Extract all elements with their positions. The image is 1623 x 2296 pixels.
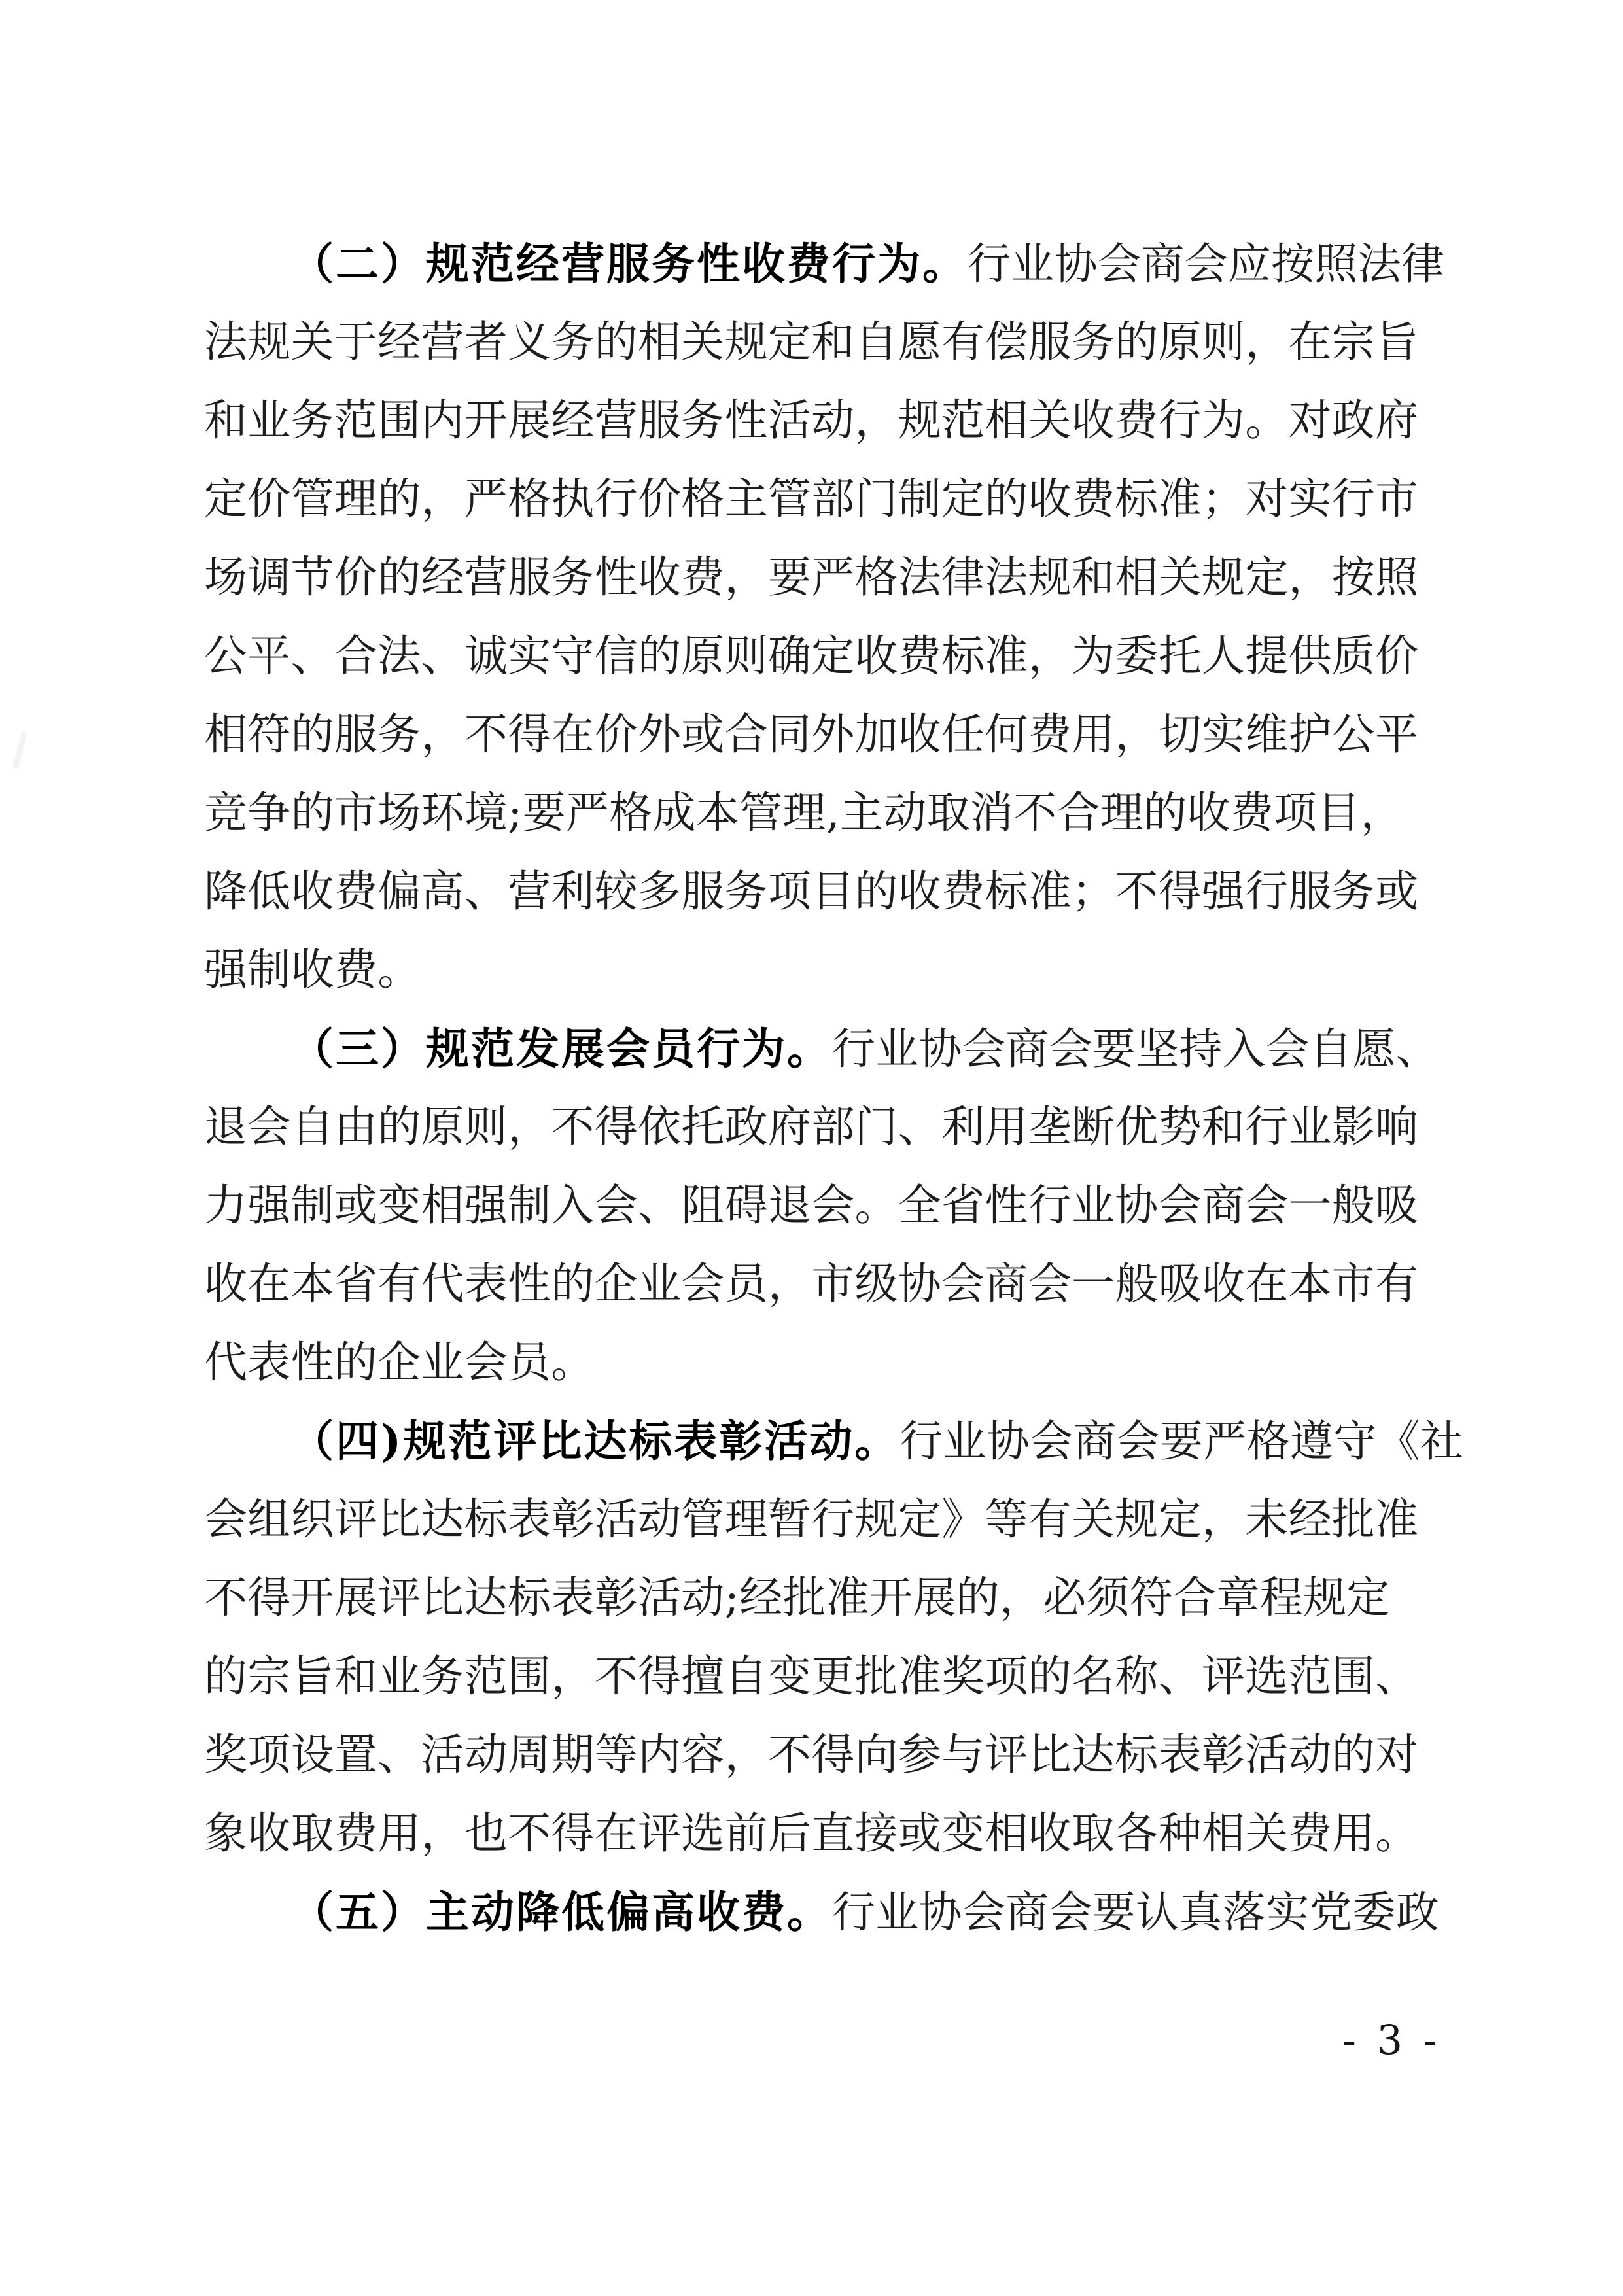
line-text: 力强制或变相强制入会、阻碍退会。全省性行业协会商会一般吸 xyxy=(204,1180,1418,1230)
text-line: 会组织评比达标表彰活动管理暂行规定》等有关规定，未经批准 xyxy=(204,1480,1433,1559)
text-line: 奖项设置、活动周期等内容，不得向参与评比达标表彰活动的对 xyxy=(204,1716,1433,1794)
paragraph-heading: （四)规范评比达标表彰活动。 xyxy=(290,1416,899,1467)
paragraph-heading: （五）主动降低偏高收费。 xyxy=(290,1887,832,1938)
page-number: - 3 - xyxy=(1342,2019,1441,2062)
paragraph-heading: （二）规范经营服务性收费行为。 xyxy=(290,238,968,289)
line-text: 法规关于经营者义务的相关规定和自愿有偿服务的原则，在宗旨 xyxy=(204,317,1418,367)
line-text: 行业协会商会应按照法律 xyxy=(968,239,1444,289)
line-text: 定价管理的，严格执行价格主管部门制定的收费标准；对实行市 xyxy=(204,474,1418,524)
line-text: 退会自由的原则，不得依托政府部门、利用垄断优势和行业影响 xyxy=(204,1102,1418,1152)
line-text: 不得开展评比达标表彰活动;经批准开展的，必须符合章程规定 xyxy=(204,1573,1390,1623)
text-line: 不得开展评比达标表彰活动;经批准开展的，必须符合章程规定 xyxy=(204,1559,1433,1637)
line-text: 降低收费偏高、营利较多服务项目的收费标准；不得强行服务或 xyxy=(204,866,1418,916)
line-text: 行业协会商会要认真落实党委政 xyxy=(832,1887,1439,1938)
line-text: 代表性的企业会员。 xyxy=(204,1337,595,1387)
text-line: 的宗旨和业务范围，不得擅自变更批准奖项的名称、评选范围、 xyxy=(204,1637,1433,1716)
text-line: （五）主动降低偏高收费。行业协会商会要认真落实党委政 xyxy=(204,1873,1433,1951)
text-line: 强制收费。 xyxy=(204,931,1433,1009)
line-text: 象收取费用，也不得在评选前后直接或变相收取各种相关费用。 xyxy=(204,1808,1418,1858)
text-line: 和业务范围内开展经营服务性活动，规范相关收费行为。对政府 xyxy=(204,381,1433,460)
text-line: 相符的服务，不得在价外或合同外加收任何费用，切实维护公平 xyxy=(204,695,1433,774)
line-text: 行业协会商会要严格遵守《社 xyxy=(899,1416,1463,1467)
text-line: 力强制或变相强制入会、阻碍退会。全省性行业协会商会一般吸 xyxy=(204,1166,1433,1245)
text-line: 代表性的企业会员。 xyxy=(204,1323,1433,1402)
document-text-block: （二）规范经营服务性收费行为。行业协会商会应按照法律 法规关于经营者义务的相关规… xyxy=(204,224,1433,1951)
line-text: 收在本省有代表性的企业会员，市级协会商会一般吸收在本市有 xyxy=(204,1259,1418,1309)
line-text: 竞争的市场环境;要严格成本管理,主动取消不合理的收费项目， xyxy=(204,788,1404,838)
text-line: 象收取费用，也不得在评选前后直接或变相收取各种相关费用。 xyxy=(204,1794,1433,1873)
paragraph-heading: （三）规范发展会员行为。 xyxy=(290,1023,832,1074)
text-line: （三）规范发展会员行为。行业协会商会要坚持入会自愿、 xyxy=(204,1009,1433,1088)
text-line: 法规关于经营者义务的相关规定和自愿有偿服务的原则，在宗旨 xyxy=(204,303,1433,381)
text-line: （四)规范评比达标表彰活动。行业协会商会要严格遵守《社 xyxy=(204,1402,1433,1480)
line-text: 相符的服务，不得在价外或合同外加收任何费用，切实维护公平 xyxy=(204,709,1418,759)
line-text: 行业协会商会要坚持入会自愿、 xyxy=(832,1024,1439,1074)
text-line: 定价管理的，严格执行价格主管部门制定的收费标准；对实行市 xyxy=(204,460,1433,538)
line-text: 会组织评比达标表彰活动管理暂行规定》等有关规定，未经批准 xyxy=(204,1494,1418,1544)
line-text: 场调节价的经营服务性收费，要严格法律法规和相关规定，按照 xyxy=(204,552,1418,602)
text-line: 公平、合法、诚实守信的原则确定收费标准，为委托人提供质价 xyxy=(204,617,1433,695)
text-line: 退会自由的原则，不得依托政府部门、利用垄断优势和行业影响 xyxy=(204,1088,1433,1166)
line-text: 的宗旨和业务范围，不得擅自变更批准奖项的名称、评选范围、 xyxy=(204,1651,1418,1701)
document-page: （二）规范经营服务性收费行为。行业协会商会应按照法律 法规关于经营者义务的相关规… xyxy=(0,0,1623,2296)
line-text: 奖项设置、活动周期等内容，不得向参与评比达标表彰活动的对 xyxy=(204,1730,1418,1780)
text-line: 降低收费偏高、营利较多服务项目的收费标准；不得强行服务或 xyxy=(204,852,1433,931)
text-line: （二）规范经营服务性收费行为。行业协会商会应按照法律 xyxy=(204,224,1433,303)
line-text: 强制收费。 xyxy=(204,945,421,995)
text-line: 场调节价的经营服务性收费，要严格法律法规和相关规定，按照 xyxy=(204,538,1433,617)
text-line: 竞争的市场环境;要严格成本管理,主动取消不合理的收费项目， xyxy=(204,774,1433,852)
line-text: 和业务范围内开展经营服务性活动，规范相关收费行为。对政府 xyxy=(204,395,1418,445)
scan-noise-mark xyxy=(12,731,27,769)
line-text: 公平、合法、诚实守信的原则确定收费标准，为委托人提供质价 xyxy=(204,631,1418,681)
text-line: 收在本省有代表性的企业会员，市级协会商会一般吸收在本市有 xyxy=(204,1245,1433,1323)
